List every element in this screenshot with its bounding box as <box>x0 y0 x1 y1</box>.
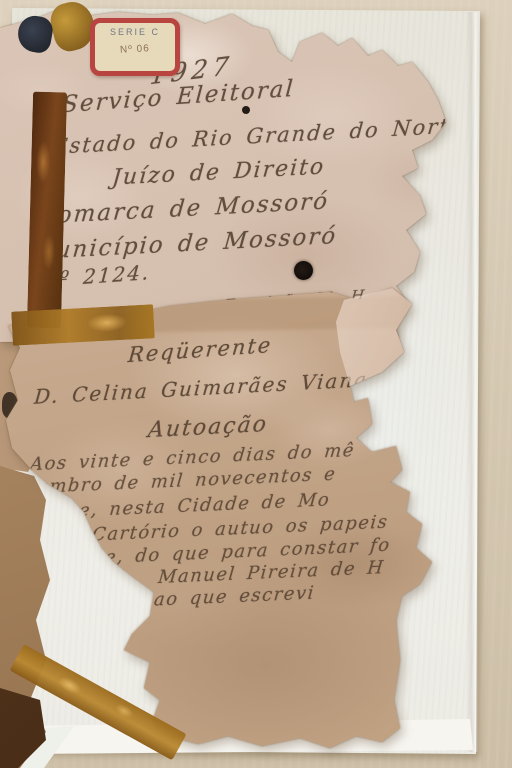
label-series-text: SERIE C <box>110 27 160 37</box>
handwriting-subheading: Autoação <box>147 412 269 443</box>
photo-archival-document: 1927 Serviço Eleitoral Estado do Rio Gra… <box>0 0 512 768</box>
document-lower-piece: Reqüerente D. Celina Guimarães Viana Aut… <box>0 0 512 768</box>
document-lower-piece-group: Reqüerente D. Celina Guimarães Viana Aut… <box>0 0 512 768</box>
archive-series-label: SERIE C Nº 06 <box>90 18 180 76</box>
handwriting-requester-name: D. Celina Guimarães Viana <box>33 367 369 409</box>
label-number-text: Nº 06 <box>120 43 150 56</box>
binding-tape-vertical <box>27 92 67 329</box>
